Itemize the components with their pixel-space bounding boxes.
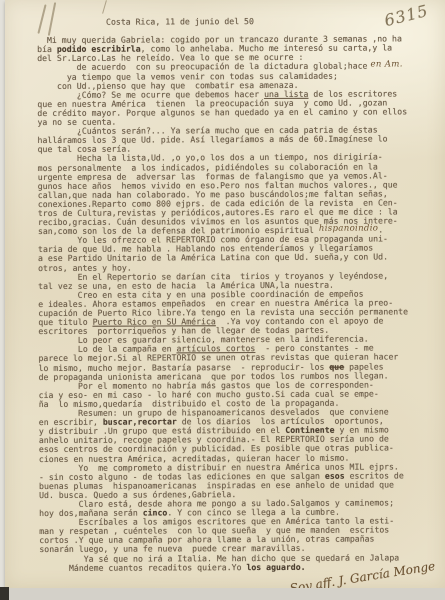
scan-bottom-edge bbox=[0, 588, 445, 600]
pencil-crease-mark bbox=[102, 0, 107, 14]
letter-page: 6315 Costa Rica, 11 de junio del 50 Mi m… bbox=[5, 0, 445, 588]
scan-corner-shadow bbox=[0, 587, 9, 600]
letter-text-block: Costa Rica, 11 de junio del 50 Mi muy qu… bbox=[37, 16, 444, 572]
